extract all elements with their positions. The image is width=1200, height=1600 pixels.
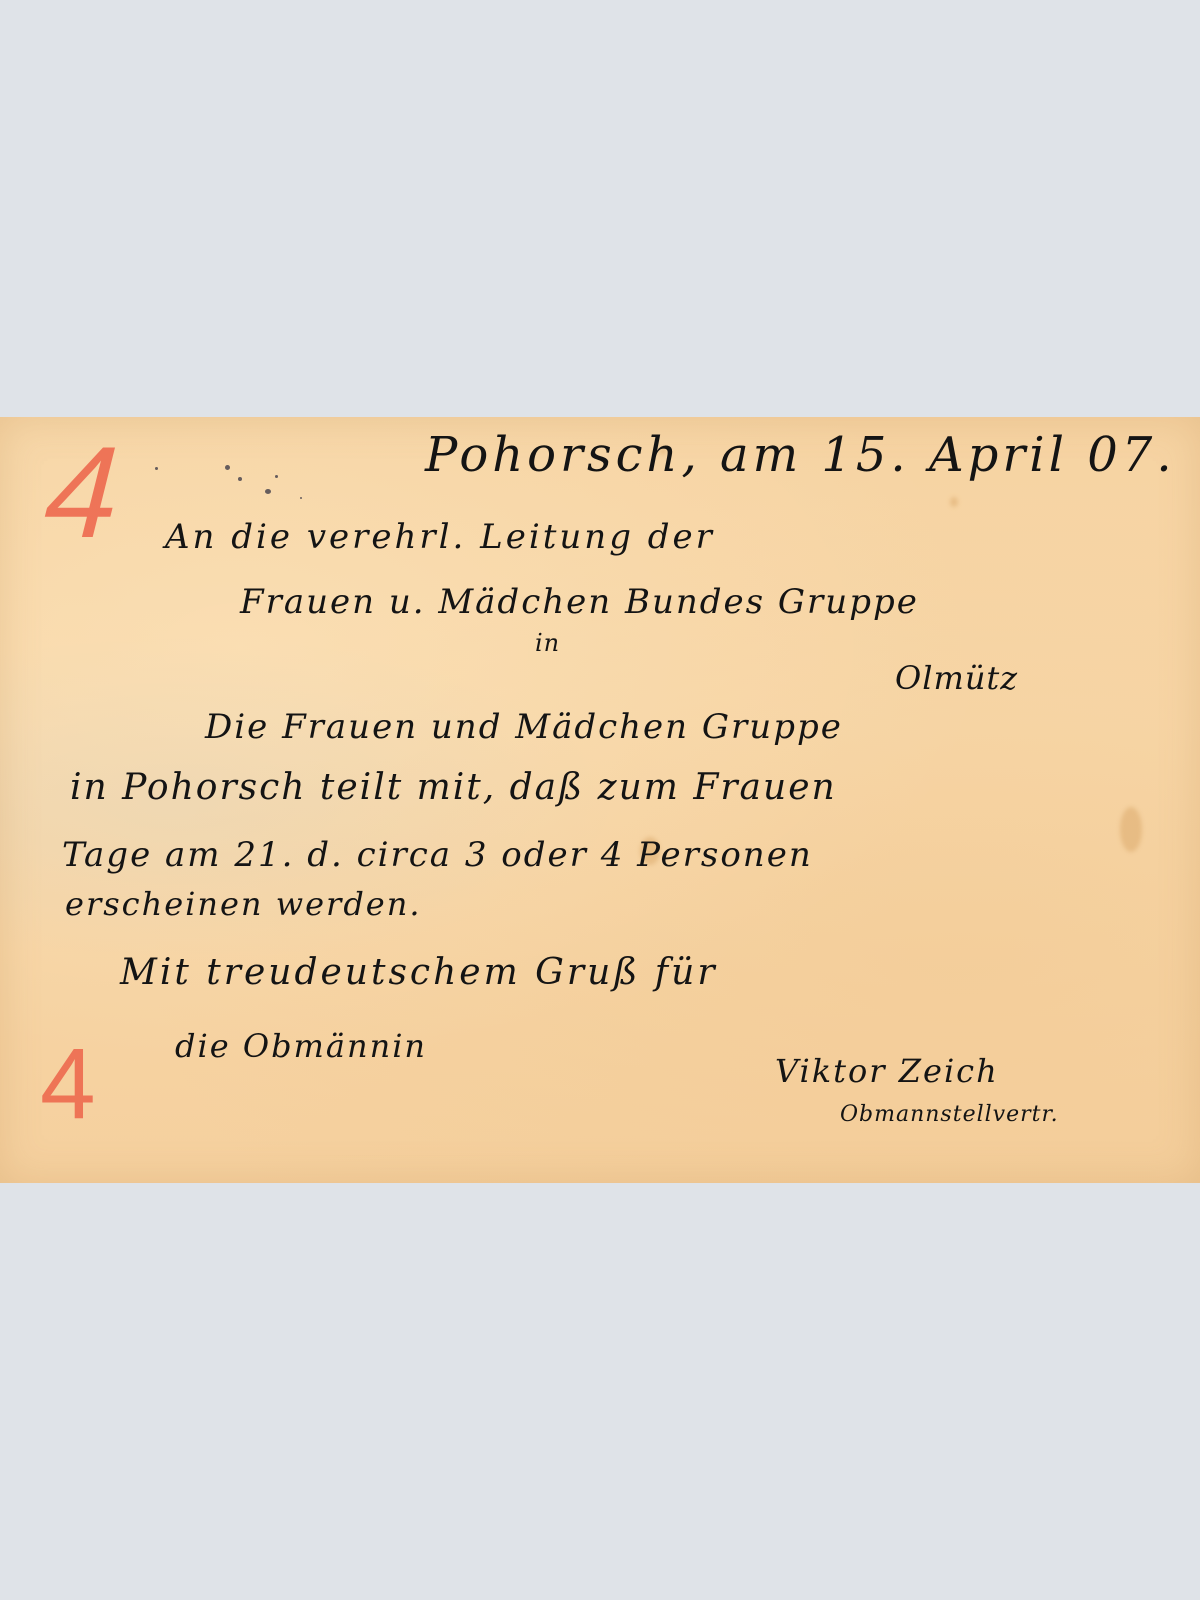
ink-speck — [300, 497, 302, 499]
postcard: 4 4 Pohorsch, am 15. April 07. An die ve… — [0, 417, 1200, 1183]
signature-title: Obmannstellvertr. — [840, 1102, 1059, 1127]
page-background: 4 4 Pohorsch, am 15. April 07. An die ve… — [0, 0, 1200, 1600]
body-line-3: Tage am 21. d. circa 3 oder 4 Personen — [62, 835, 813, 875]
red-annotation-number-top: 4 — [29, 417, 139, 567]
address-line-4-city: Olmütz — [895, 659, 1018, 697]
paper-stain — [1120, 807, 1142, 852]
ink-speck — [238, 477, 242, 481]
body-line-1: Die Frauen und Mädchen Gruppe — [205, 707, 843, 747]
ink-speck — [265, 489, 271, 494]
ink-speck — [225, 465, 230, 470]
ink-speck — [155, 467, 158, 470]
place-date-heading: Pohorsch, am 15. April 07. — [425, 427, 1176, 483]
signature-name: Viktor Zeich — [775, 1052, 999, 1090]
closing-line-1: Mit treudeutschem Gruß für — [120, 952, 718, 993]
body-line-2: in Pohorsch teilt mit, daß zum Frauen — [70, 767, 837, 808]
address-line-3: in — [535, 629, 560, 657]
address-line-2: Frauen u. Mädchen Bundes Gruppe — [240, 582, 919, 622]
red-annotation-number-bottom: 4 — [40, 1027, 96, 1142]
closing-line-2: die Obmännin — [175, 1027, 427, 1065]
ink-speck — [275, 475, 278, 478]
body-line-4: erscheinen werden. — [65, 885, 422, 923]
paper-stain — [950, 497, 958, 507]
address-line-1: An die verehrl. Leitung der — [165, 517, 715, 557]
